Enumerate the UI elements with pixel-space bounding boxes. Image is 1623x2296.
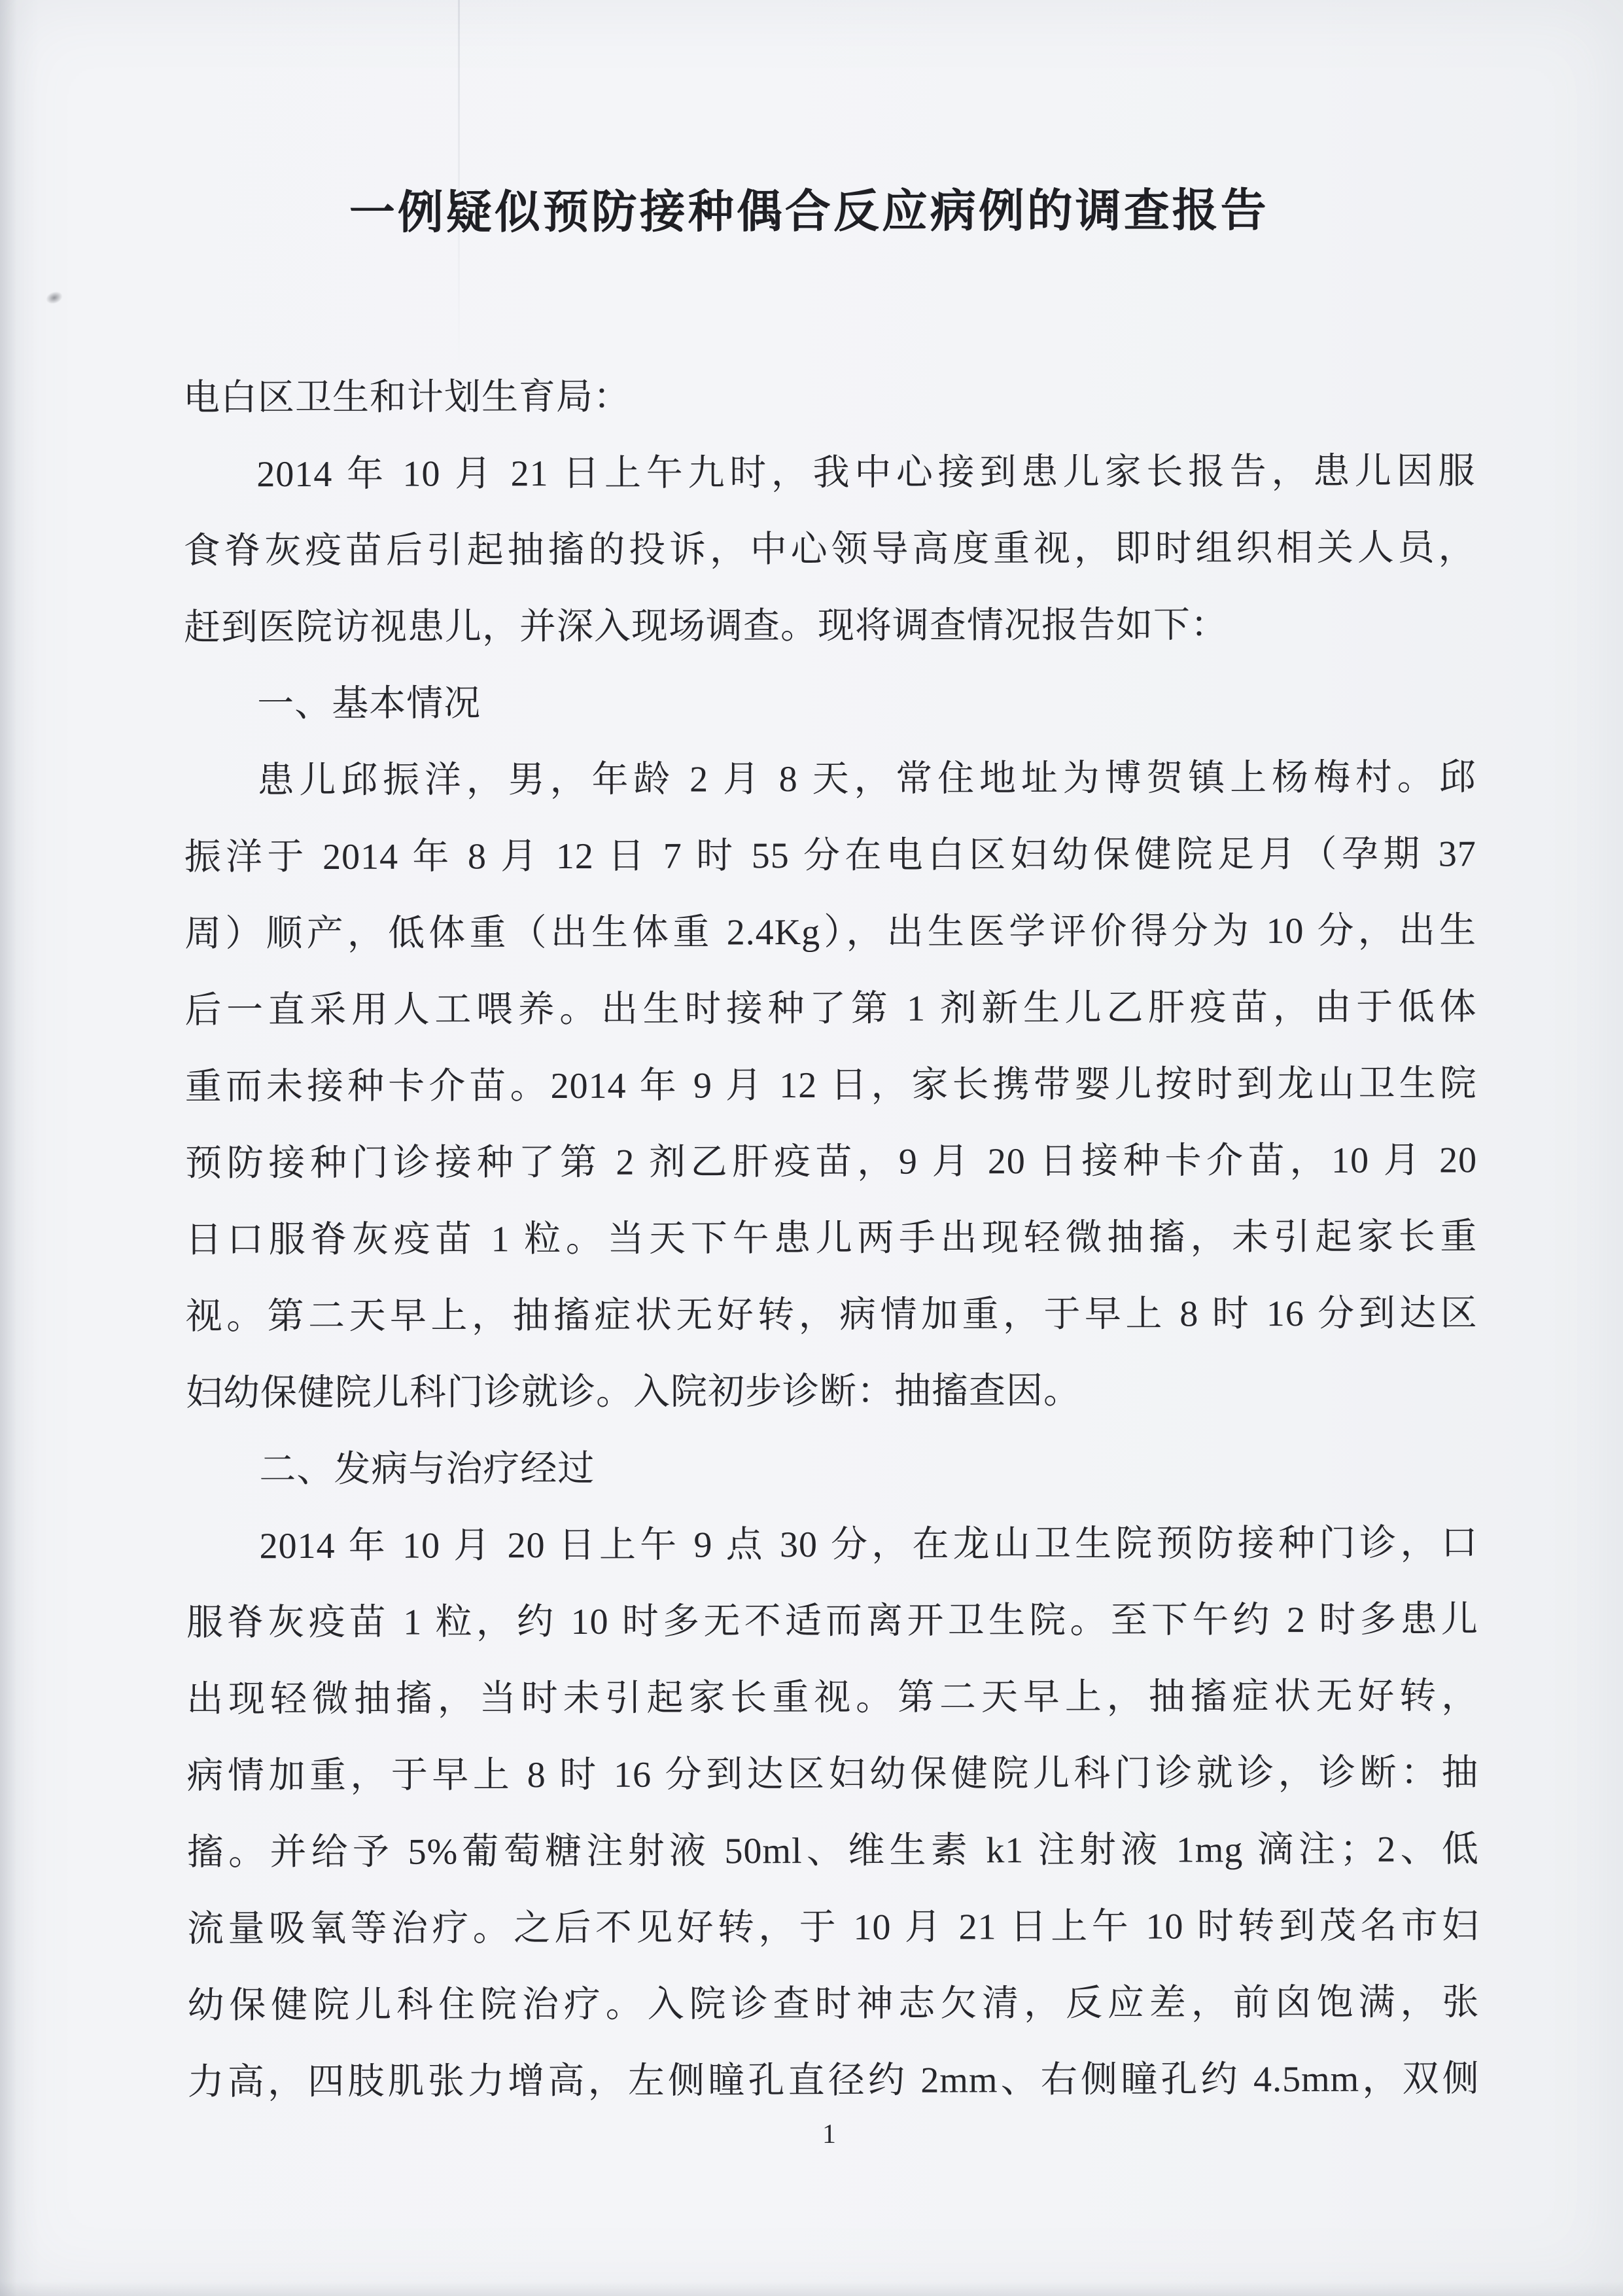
document-line: 后一直采用人工喂养。出生时接种了第 1 剂新生儿乙肝疫苗，由于低体 — [184, 969, 1476, 1049]
document-line: 周）顺产，低体重（出生体重 2.4Kg），出生医学评价得分为 10 分，出生 — [184, 892, 1476, 972]
scan-edge-shadow-left — [0, 0, 17, 2296]
section-heading-2: 二、发病与治疗经过 — [186, 1428, 1478, 1508]
document-line: 服脊灰疫苗 1 粒，约 10 时多无不适而离开卫生院。至下午约 2 时多患儿 — [186, 1581, 1478, 1661]
document-line: 赶到医院访视患儿，并深入现场调查。现将调查情况报告如下： — [184, 586, 1476, 666]
document-line: 患儿邱振洋，男，年龄 2 月 8 天，常住地址为博贺镇上杨梅村。邱 — [184, 739, 1476, 819]
scanned-page: 一例疑似预防接种偶合反应病例的调查报告 电白区卫生和计划生育局： 2014 年 … — [0, 0, 1623, 2296]
document-line: 日口服脊灰疫苗 1 粒。当天下午患儿两手出现轻微抽搐，未引起家长重 — [185, 1199, 1477, 1279]
scan-edge-shadow-bottom — [0, 2282, 1623, 2296]
document-line: 搐。并给予 5%葡萄糖注射液 50ml、维生素 k1 注射液 1mg 滴注；2、… — [187, 1811, 1479, 1891]
document-line: 妇幼保健院儿科门诊就诊。入院初步诊断：抽搐查因。 — [186, 1352, 1478, 1432]
document-line: 振洋于 2014 年 8 月 12 日 7 时 55 分在电白区妇幼保健院足月（… — [184, 816, 1476, 896]
page-number: 1 — [3, 2117, 1623, 2152]
document-line: 食脊灰疫苗后引起抽搐的投诉，中心领导高度重视，即时组织相关人员， — [183, 510, 1475, 590]
document-line: 2014 年 10 月 20 日上午 9 点 30 分，在龙山卫生院预防接种门诊… — [186, 1505, 1478, 1585]
document-line: 视。第二天早上，抽搐症状无好转，病情加重，于早上 8 时 16 分到达区 — [186, 1275, 1478, 1355]
page-title: 一例疑似预防接种偶合反应病例的调查报告 — [0, 180, 1620, 243]
document-line: 幼保健院儿科住院治疗。入院诊查时神志欠清，反应差，前囟饱满，张 — [187, 1964, 1479, 2044]
document-line: 力高，四肢肌张力增高，左侧瞳孔直径约 2mm、右侧瞳孔约 4.5mm，双侧 — [188, 2041, 1480, 2121]
section-heading-1: 一、基本情况 — [184, 663, 1476, 743]
document-content: 一例疑似预防接种偶合反应病例的调查报告 电白区卫生和计划生育局： 2014 年 … — [0, 0, 1623, 2296]
recipient-line: 电白区卫生和计划生育局： — [183, 357, 1475, 436]
document-line: 预防接种门诊接种了第 2 剂乙肝疫苗，9 月 20 日接种卡介苗，10 月 20 — [185, 1122, 1477, 1202]
document-line: 2014 年 10 月 21 日上午九时，我中心接到患儿家长报告，患儿因服 — [183, 433, 1475, 513]
document-line: 病情加重，于早上 8 时 16 分到达区妇幼保健院儿科门诊就诊，诊断：抽 — [186, 1735, 1478, 1814]
document-body: 电白区卫生和计划生育局： 2014 年 10 月 21 日上午九时，我中心接到患… — [183, 357, 1480, 2121]
document-line: 流量吸氧等治疗。之后不见好转，于 10 月 21 日上午 10 时转到茂名市妇 — [187, 1888, 1479, 1968]
fold-line — [458, 0, 460, 366]
document-line: 出现轻微抽搐，当时未引起家长重视。第二天早上，抽搐症状无好转， — [186, 1658, 1478, 1738]
document-line: 重而未接种卡介苗。2014 年 9 月 12 日，家长携带婴儿按时到龙山卫生院 — [185, 1046, 1477, 1125]
